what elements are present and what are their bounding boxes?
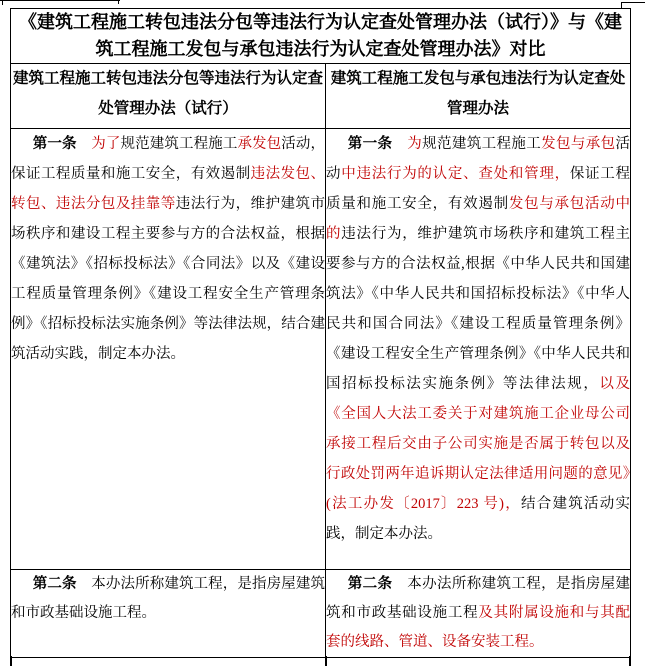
cropped-border-bottom-left <box>10 656 12 666</box>
article-number: 第二条 <box>33 576 77 592</box>
body-text: 规范建筑工程施工 <box>120 136 237 152</box>
body-text: 规范建筑工程施工 <box>422 136 541 152</box>
body-text <box>77 136 92 152</box>
cell-article2-right: 第二条 本办法所称建筑工程，是指房屋建筑和市政基础设施工程及其附属设施和与其配套… <box>326 570 631 658</box>
cropped-border-bottom-middle <box>325 656 327 666</box>
table-title: 《建筑工程施工转包违法分包等违法行为认定查处管理办法（试行）》与《建筑工程施工发… <box>11 9 631 64</box>
cell-article1-left: 第一条 为了规范建筑工程施工承发包活动，保证工程质量和施工安全，有效遏制违法发包… <box>11 129 326 570</box>
body-text <box>392 136 407 152</box>
column-header-trial-measures: 建筑工程施工转包违法分包等违法行为认定查处管理办法（试行） <box>11 64 326 129</box>
cropped-border-top-right <box>621 2 645 3</box>
paragraph-article2-right: 第二条 本办法所称建筑工程，是指房屋建筑和市政基础设施工程及其附属设施和与其配套… <box>326 570 630 657</box>
paragraph-article1-right: 第一条 为规范建筑工程施工发包与承包活动中违法行为的认定、查处和管理，保证工程质… <box>326 129 630 549</box>
cropped-border-top-left <box>0 0 120 1</box>
article-number: 第一条 <box>348 136 393 152</box>
diff-highlight-text: 发包与承包 <box>541 136 615 152</box>
cell-article2-left: 第二条 本办法所称建筑工程，是指房屋建筑和市政基础设施工程。 <box>11 570 326 658</box>
table-row-article-2: 第二条 本办法所称建筑工程，是指房屋建筑和市政基础设施工程。 第二条 本办法所称… <box>11 570 631 658</box>
cropped-border-tick <box>2 0 3 5</box>
diff-highlight-text: 中违法行为的认定、查处和管理， <box>341 166 570 182</box>
document-page: 《建筑工程施工转包违法分包等违法行为认定查处管理办法（试行）》与《建筑工程施工发… <box>0 0 645 666</box>
diff-highlight-text: 承发包 <box>237 136 281 152</box>
body-text: 违法行为，维护建筑市场秩序和建设工程主要参与方的合法权益，根据《建筑法》《招标投… <box>11 196 325 362</box>
paragraph-article2-left: 第二条 本办法所称建筑工程，是指房屋建筑和市政基础设施工程。 <box>11 570 325 628</box>
comparison-table: 《建筑工程施工转包违法分包等违法行为认定查处管理办法（试行）》与《建筑工程施工发… <box>10 8 631 658</box>
body-text: 违法行为，维护建筑市场秩序和建筑工程主要参与方的合法权益,根据《中华人民共和国建… <box>326 226 630 392</box>
article-number: 第一条 <box>33 136 77 152</box>
diff-highlight-text: 以及《全国人大法工委关于对建筑施工企业母公司承接工程后交由子公司实施是否属于转包… <box>326 376 630 512</box>
diff-highlight-text: 为了 <box>91 136 120 152</box>
cell-article1-right: 第一条 为规范建筑工程施工发包与承包活动中违法行为的认定、查处和管理，保证工程质… <box>326 129 631 570</box>
header-row: 建筑工程施工转包违法分包等违法行为认定查处管理办法（试行） 建筑工程施工发包与承… <box>11 64 631 129</box>
cropped-border-bottom-right <box>629 656 631 666</box>
diff-highlight-text: 为 <box>407 136 422 152</box>
table-row-article-1: 第一条 为了规范建筑工程施工承发包活动，保证工程质量和施工安全，有效遏制违法发包… <box>11 129 631 570</box>
article-number: 第二条 <box>348 576 393 592</box>
cropped-border-tick <box>118 0 119 4</box>
paragraph-article1-left: 第一条 为了规范建筑工程施工承发包活动，保证工程质量和施工安全，有效遏制违法发包… <box>11 129 325 369</box>
column-header-new-measures: 建筑工程施工发包与承包违法行为认定查处管理办法 <box>326 64 631 129</box>
title-row: 《建筑工程施工转包违法分包等违法行为认定查处管理办法（试行）》与《建筑工程施工发… <box>11 9 631 64</box>
